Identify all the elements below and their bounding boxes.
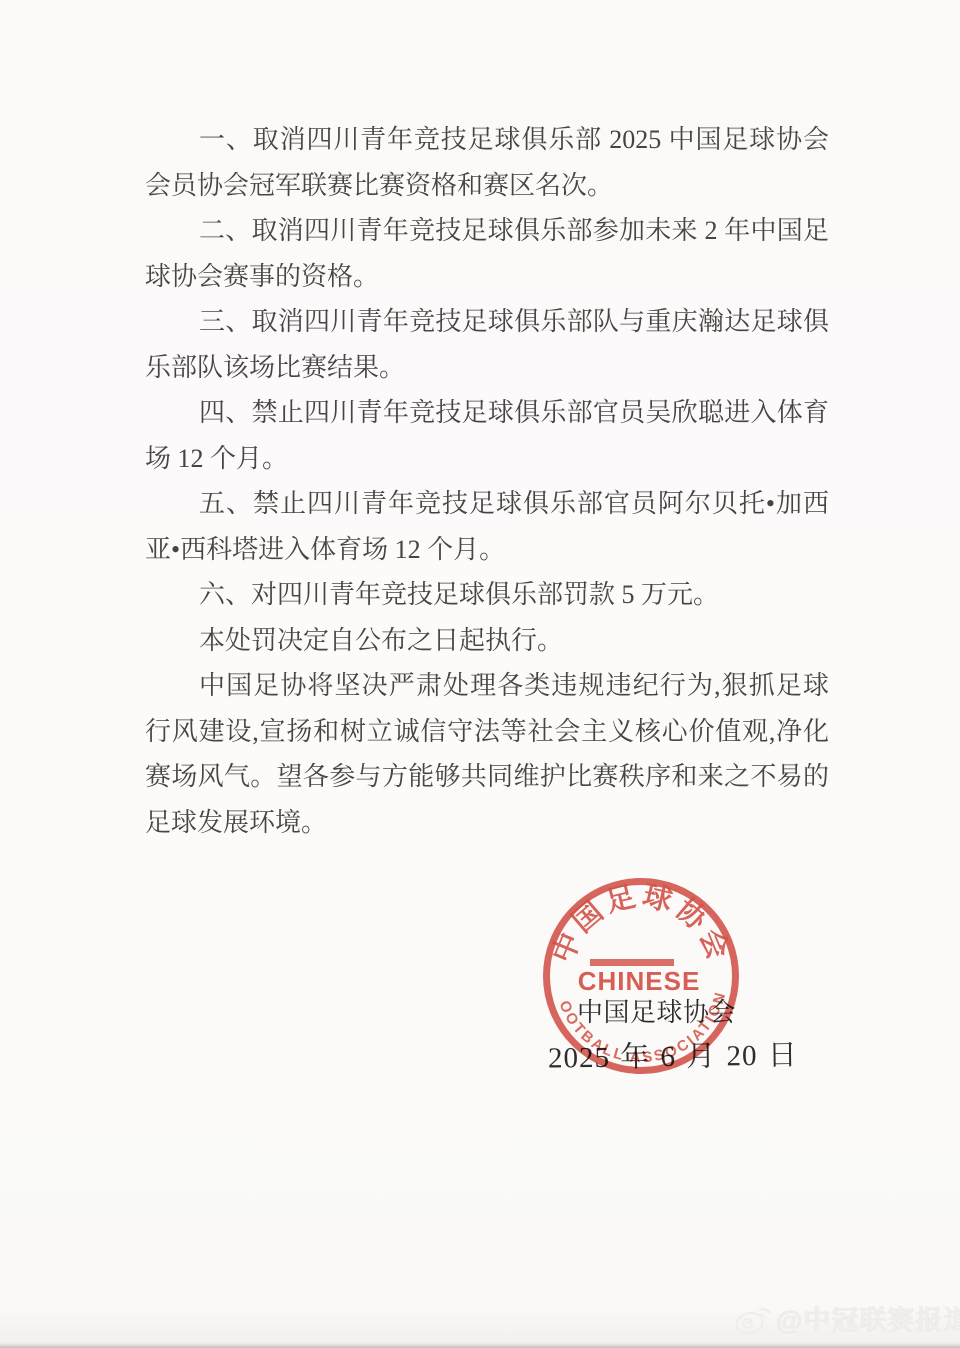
seal-center-bar: [590, 959, 674, 966]
document-page: 一、取消四川青年竞技足球俱乐部 2025 中国足球协会会员协会冠军联赛比赛资格和…: [0, 0, 960, 1348]
penalty-item-6: 六、对四川青年竞技足球俱乐部罚款 5 万元。: [145, 572, 829, 618]
execution-note: 本处罚决定自公布之日起执行。: [145, 618, 829, 664]
watermark: @中冠联赛报道: [733, 1299, 960, 1338]
svg-text:中国足球协会: 中国足球协会: [546, 879, 736, 968]
penalty-item-2: 二、取消四川青年竞技足球俱乐部参加未来 2 年中国足球协会赛事的资格。: [145, 208, 829, 299]
cfa-official-seal-stamp: 中国足球协会 CHINESE FOOTBALL ASSOCIATION: [536, 871, 746, 1081]
penalty-item-4: 四、禁止四川青年竞技足球俱乐部官员吴欣聪进入体育场 12 个月。: [145, 390, 829, 481]
penalty-item-5: 五、禁止四川青年竞技足球俱乐部官员阿尔贝托•加西亚•西科塔进入体育场 12 个月…: [145, 481, 829, 572]
closing-statement: 中国足协将坚决严肃处理各类违规违纪行为,狠抓足球行风建设,宣扬和树立诚信守法等社…: [145, 663, 829, 845]
weibo-icon: [733, 1302, 773, 1336]
seal-chinese-text: CHINESE: [578, 966, 701, 996]
seal-arc-top-text: 中国足球协会: [546, 879, 736, 968]
watermark-handle: @中冠联赛报道: [776, 1299, 960, 1338]
photo-bottom-edge: [0, 1343, 960, 1348]
penalty-item-3: 三、取消四川青年竞技足球俱乐部队与重庆瀚达足球俱乐部队该场比赛结果。: [145, 299, 829, 390]
document-body: 一、取消四川青年竞技足球俱乐部 2025 中国足球协会会员协会冠军联赛比赛资格和…: [145, 117, 829, 845]
penalty-item-1: 一、取消四川青年竞技足球俱乐部 2025 中国足球协会会员协会冠军联赛比赛资格和…: [145, 117, 829, 208]
